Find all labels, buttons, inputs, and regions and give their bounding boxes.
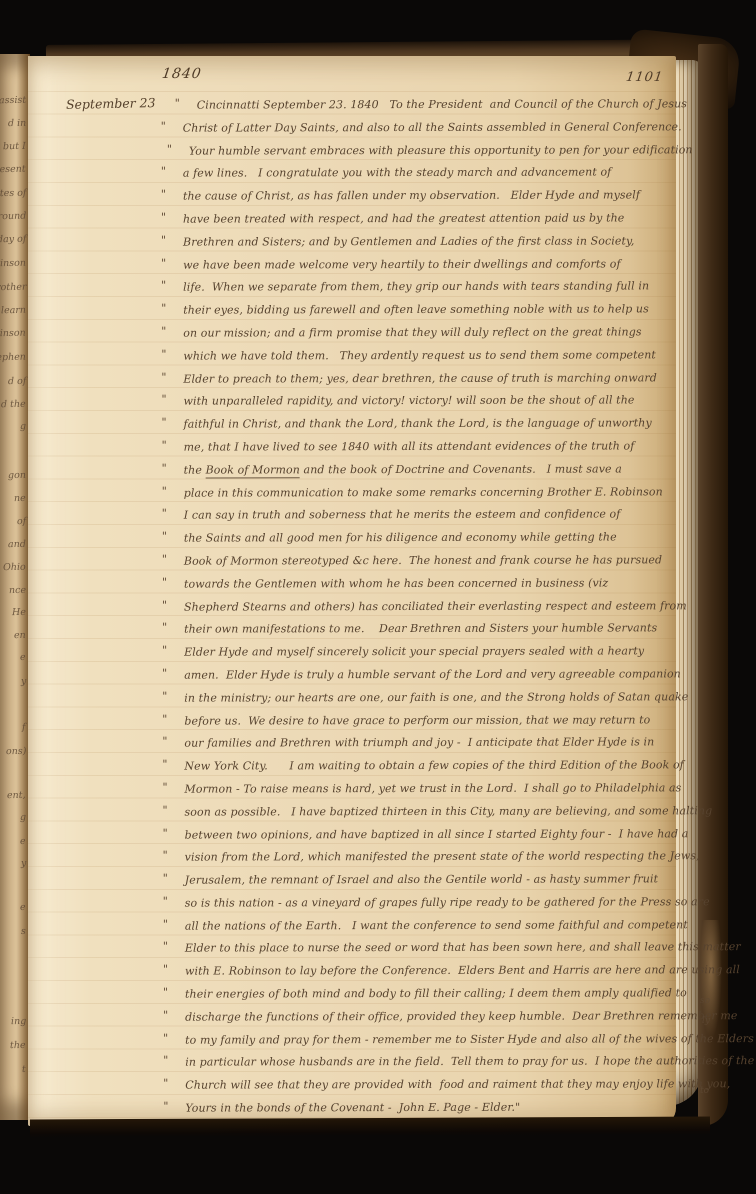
facing-page-text-fragment: learn [1, 305, 26, 316]
manuscript-line-text: their energies of both mind and body to … [185, 986, 687, 1000]
manuscript-line-text: I can say in truth and soberness that he… [184, 508, 621, 522]
facing-page-text-fragment: and [8, 539, 26, 550]
manuscript-line: "New York City. I am waiting to obtain a… [162, 752, 672, 776]
ditto-quote-mark: " [161, 389, 183, 412]
manuscript-line: "soon as possible. I have baptized thirt… [163, 798, 673, 822]
manuscript-line-text: between two opinions, and have baptized … [185, 827, 689, 841]
facing-page-text-fragment: nce [9, 585, 26, 596]
ditto-quote-mark: " [162, 594, 184, 617]
manuscript-line: "me, that I have lived to see 1840 with … [162, 433, 672, 457]
manuscript-line: "faithful in Christ, and thank the Lord,… [161, 410, 671, 434]
manuscript-line: "their own manifestations to me. Dear Br… [162, 616, 672, 640]
year-header: 1840 [161, 66, 203, 82]
manuscript-line-text: all the nations of the Earth. I want the… [185, 918, 688, 932]
facing-page-text-fragment: notes of [0, 188, 26, 200]
manuscript-line-text: to my family and pray for them - remembe… [185, 1032, 754, 1046]
manuscript-line: "towards the Gentlemen with whom he has … [162, 570, 672, 594]
manuscript-line: "have been treated with respect, and had… [161, 205, 671, 229]
manuscript-line-text: Elder to preach to them; yes, dear breth… [183, 371, 657, 385]
manuscript-line: "with E. Robinson to lay before the Conf… [163, 958, 673, 982]
manuscript-line: "I can say in truth and soberness that h… [162, 502, 672, 526]
facing-page-text-fragment: day of [0, 234, 26, 246]
manuscript-line: "the Saints and all good men for his dil… [162, 524, 672, 548]
manuscript-line-text: Book of Mormon stereotyped &c here. The … [184, 553, 662, 567]
ditto-quote-mark: " [163, 799, 185, 822]
ditto-quote-mark: " [162, 685, 184, 708]
manuscript-line-text: vision from the Lord, which manifested t… [185, 850, 700, 864]
facing-page-text-fragment: binson [0, 258, 26, 270]
ditto-quote-mark: " [161, 321, 183, 344]
ditto-quote-mark: " [161, 184, 183, 207]
facing-page-text-fragment: d in [8, 118, 26, 129]
facing-page-text-fragment: ent, [7, 790, 26, 801]
manuscript-line-text: Mormon - To raise means is hard, yet we … [184, 781, 681, 795]
manuscript-line: "the cause of Christ, as has fallen unde… [161, 183, 671, 207]
manuscript-line: "which we have told them. They ardently … [161, 342, 671, 366]
ditto-quote-mark: " [163, 1027, 185, 1050]
ditto-quote-mark: " [161, 229, 183, 252]
facing-page-text-fragment: y [21, 858, 27, 869]
ditto-quote-mark: " [163, 1073, 185, 1096]
facing-page-text-fragment: Stephen [0, 352, 26, 364]
manuscript-line: "amen. Elder Hyde is truly a humble serv… [162, 661, 672, 685]
ditto-quote-mark: " [167, 138, 189, 161]
manuscript-line-text: faithful in Christ, and thank the Lord, … [184, 417, 652, 431]
facing-page-text-fragment: ne [14, 493, 26, 504]
ditto-quote-mark: " [161, 207, 183, 230]
facing-page-text-fragment: d of [8, 376, 27, 387]
next-page-text-fragment: ly [702, 1016, 710, 1026]
manuscript-line: "all the nations of the Earth. I want th… [163, 912, 673, 936]
ditto-quote-mark: " [163, 822, 185, 845]
manuscript-line: "Christ of Latter Day Saints, and also t… [161, 114, 671, 138]
manuscript-line-text: so is this nation - as a vineyard of gra… [185, 895, 710, 909]
manuscript-line: "Elder Hyde and myself sincerely solicit… [162, 638, 672, 662]
manuscript-line: "the Book of Mormon and the book of Doct… [162, 456, 672, 480]
facing-page-text-fragment: the [10, 1040, 26, 1051]
facing-page-text-fragment: e [20, 836, 26, 847]
manuscript-line-text: discharge the functions of their office,… [185, 1009, 737, 1023]
manuscript-line-text: Elder Hyde and myself sincerely solicit … [184, 645, 644, 659]
manuscript-line-text: Church will see that they are provided w… [185, 1077, 730, 1091]
ditto-quote-mark: " [162, 571, 184, 594]
ditto-quote-mark: " [163, 1096, 185, 1119]
manuscript-line-text: amen. Elder Hyde is truly a humble serva… [184, 667, 681, 681]
manuscript-line-text: Shepherd Stearns and others) has concili… [184, 599, 687, 613]
manuscript-line: "in the ministry; our hearts are one, ou… [162, 684, 672, 708]
manuscript-line-text: have been treated with respect, and had … [183, 211, 624, 225]
manuscript-line-text: New York City. I am waiting to obtain a … [184, 758, 683, 772]
facing-page-text-fragment: t [22, 1064, 26, 1075]
manuscript-line-text: their own manifestations to me. Dear Bre… [184, 622, 657, 636]
ditto-quote-mark: " [163, 1004, 185, 1027]
facing-page-text-fragment: present [0, 164, 26, 176]
ditto-quote-mark: " [163, 913, 185, 936]
facing-page-text-fragment: en [14, 630, 26, 641]
ditto-quote-mark: " [161, 161, 183, 184]
facing-page-text-fragment: d the [1, 399, 26, 410]
ditto-quote-mark: " [161, 115, 183, 138]
facing-page-text-fragment: gon [8, 470, 26, 481]
ditto-quote-mark: " [161, 343, 183, 366]
ditto-quote-mark: " [161, 412, 183, 435]
manuscript-line: "life. When we separate from them, they … [161, 274, 671, 298]
ditto-quote-mark: " [163, 868, 185, 891]
manuscript-line: "discharge the functions of their office… [163, 1003, 673, 1027]
ditto-quote-mark: " [162, 526, 184, 549]
ditto-quote-mark: " [161, 366, 183, 389]
manuscript-line-text: Christ of Latter Day Saints, and also to… [183, 120, 682, 134]
ditto-quote-mark: " [162, 663, 184, 686]
ditto-quote-mark: " [162, 480, 184, 503]
manuscript-line-text: which we have told them. They ardently r… [183, 348, 656, 362]
facing-page-text-fragment: brother [0, 282, 26, 294]
facing-page-text-fragment: s [21, 926, 26, 937]
ditto-quote-mark: " [162, 777, 184, 800]
manuscript-line-text: me, that I have lived to see 1840 with a… [184, 439, 635, 453]
manuscript-line: "Church will see that they are provided … [163, 1072, 673, 1096]
manuscript-line: "their energies of both mind and body to… [163, 980, 673, 1004]
facing-page-text-fragment: e [20, 902, 26, 913]
manuscript-line: "their eyes, bidding us farewell and oft… [161, 297, 671, 321]
manuscript-line-text: before us. We desire to have grace to pe… [184, 713, 650, 727]
ditto-quote-mark: " [163, 845, 185, 868]
ditto-quote-mark: " [162, 457, 184, 480]
ditto-quote-mark: " [161, 252, 183, 275]
ditto-quote-mark: " [162, 549, 184, 572]
manuscript-line-text: the cause of Christ, as has fallen under… [183, 189, 640, 203]
manuscript-line: "place in this communication to make som… [162, 479, 672, 503]
ditto-quote-mark: " [162, 731, 184, 754]
ditto-quote-mark: " [161, 275, 183, 298]
manuscript-line: "so is this nation - as a vineyard of gr… [163, 889, 673, 913]
manuscript-line-text: a few lines. I congratulate you with the… [183, 166, 612, 180]
manuscript-line-text: on our mission; and a firm promise that … [183, 325, 641, 339]
facing-page-text-fragment: but I [3, 141, 26, 152]
ditto-quote-mark: " [163, 1050, 185, 1073]
manuscript-line: "to my family and pray for them - rememb… [163, 1026, 673, 1050]
ditto-quote-mark: " [162, 503, 184, 526]
ditto-quote-mark: " [162, 617, 184, 640]
manuscript-line-text: our families and Brethren with triumph a… [184, 736, 654, 750]
manuscript-line: "Elder to preach to them; yes, dear bret… [161, 365, 671, 389]
ditto-quote-mark: " [163, 982, 185, 1005]
facing-page-text-fragment: y [21, 676, 27, 687]
manuscript-line: "Shepherd Stearns and others) has concil… [162, 593, 672, 617]
manuscript-line-text: with unparalleled rapidity, and victory!… [183, 394, 634, 408]
manuscript-line: "our families and Brethren with triumph … [162, 730, 672, 754]
facing-page-sliver: assistd inbut Ipresentnotes ofaroundday … [0, 54, 30, 1120]
facing-page-text-fragment: , Ohio [0, 562, 26, 573]
manuscript-line: "Elder to this place to nurse the seed o… [163, 935, 673, 959]
facing-page-text-fragment: f [22, 722, 26, 733]
manuscript-line: "a few lines. I congratulate you with th… [161, 160, 671, 184]
manuscript-line-text: we have been made welcome very heartily … [183, 257, 621, 271]
facing-page-text-fragment: e [20, 652, 26, 663]
manuscript-line-text: in the ministry; our hearts are one, our… [184, 690, 688, 704]
manuscript-line-text: Elder to this place to nurse the seed or… [185, 941, 741, 955]
manuscript-photo: assistd inbut Ipresentnotes ofaroundday … [0, 0, 756, 1194]
ditto-quote-mark: " [163, 890, 185, 913]
manuscript-line-text: in particular whose husbands are in the … [185, 1055, 754, 1069]
letter-lines: "Cincinnatti September 23. 1840 To the P… [161, 91, 674, 1118]
manuscript-line: "Yours in the bonds of the Covenant - Jo… [163, 1094, 673, 1118]
page-bottom-shadow [30, 1117, 710, 1138]
manuscript-line: "in particular whose husbands are in the… [163, 1049, 673, 1073]
ditto-quote-mark: " [162, 435, 184, 458]
manuscript-line: "Jerusalem, the remnant of Israel and al… [163, 866, 673, 890]
ditto-quote-mark: " [163, 959, 185, 982]
margin-date: September 23 [66, 95, 156, 112]
manuscript-line-text: place in this communication to make some… [184, 485, 663, 499]
manuscript-line: "Your humble servant embraces with pleas… [161, 137, 671, 161]
manuscript-line-text: Brethren and Sisters; and by Gentlemen a… [183, 234, 634, 248]
ditto-quote-mark: " [162, 708, 184, 731]
facing-page-text-fragment: He [12, 607, 26, 618]
facing-page-text-fragment: assist [0, 95, 26, 106]
facing-page-text-fragment: g [20, 812, 26, 823]
manuscript-line: "Book of Mormon stereotyped &c here. The… [162, 547, 672, 571]
manuscript-line: "vision from the Lord, which manifested … [163, 844, 673, 868]
next-page-text-fragment: so [700, 996, 710, 1006]
manuscript-line: "with unparalleled rapidity, and victory… [161, 388, 671, 412]
ditto-quote-mark: " [163, 936, 185, 959]
facing-page-text-fragment: g [20, 421, 26, 432]
next-page-text-fragment: to [700, 1086, 709, 1096]
ditto-quote-mark: " [162, 754, 184, 777]
facing-page-text-fragment: of [17, 516, 26, 527]
manuscript-line-text: Yours in the bonds of the Covenant - Joh… [185, 1101, 520, 1115]
facing-page-text-fragment: ons) [5, 746, 26, 757]
manuscript-line: "before us. We desire to have grace to p… [162, 707, 672, 731]
manuscript-line: "on our mission; and a firm promise that… [161, 319, 671, 343]
page-number: 1101 [625, 70, 664, 85]
facing-page-text-fragment: ing [11, 1016, 26, 1027]
manuscript-line-text: life. When we separate from them, they g… [183, 280, 649, 294]
manuscript-line-text: their eyes, bidding us farewell and ofte… [183, 303, 649, 317]
manuscript-page: 1840 1101 September 23 "Cincinnatti Sept… [28, 56, 676, 1126]
manuscript-line-text: towards the Gentlemen with whom he has b… [184, 576, 608, 590]
manuscript-line: "Brethren and Sisters; and by Gentlemen … [161, 228, 671, 252]
manuscript-line-text: the Saints and all good men for his dili… [184, 531, 617, 545]
manuscript-line: "Mormon - To raise means is hard, yet we… [162, 775, 672, 799]
manuscript-line-text: Your humble servant embraces with pleasu… [189, 143, 693, 157]
manuscript-line-text: Cincinnatti September 23. 1840 To the Pr… [197, 97, 687, 111]
facing-page-text-fragment: obinson [0, 328, 26, 340]
manuscript-line: "Cincinnatti September 23. 1840 To the P… [161, 91, 671, 115]
manuscript-line-text: with E. Robinson to lay before the Confe… [185, 963, 740, 977]
manuscript-line-text: Jerusalem, the remnant of Israel and als… [185, 872, 658, 886]
manuscript-line: "we have been made welcome very heartily… [161, 251, 671, 275]
ditto-quote-mark: " [175, 93, 197, 116]
manuscript-line-text: soon as possible. I have baptized thirte… [185, 804, 713, 818]
facing-page-text-fragment: around [0, 211, 26, 223]
ditto-quote-mark: " [161, 298, 183, 321]
ditto-quote-mark: " [162, 640, 184, 663]
manuscript-line-text: the Book of Mormon and the book of Doctr… [184, 462, 622, 478]
manuscript-line: "between two opinions, and have baptized… [163, 821, 673, 845]
